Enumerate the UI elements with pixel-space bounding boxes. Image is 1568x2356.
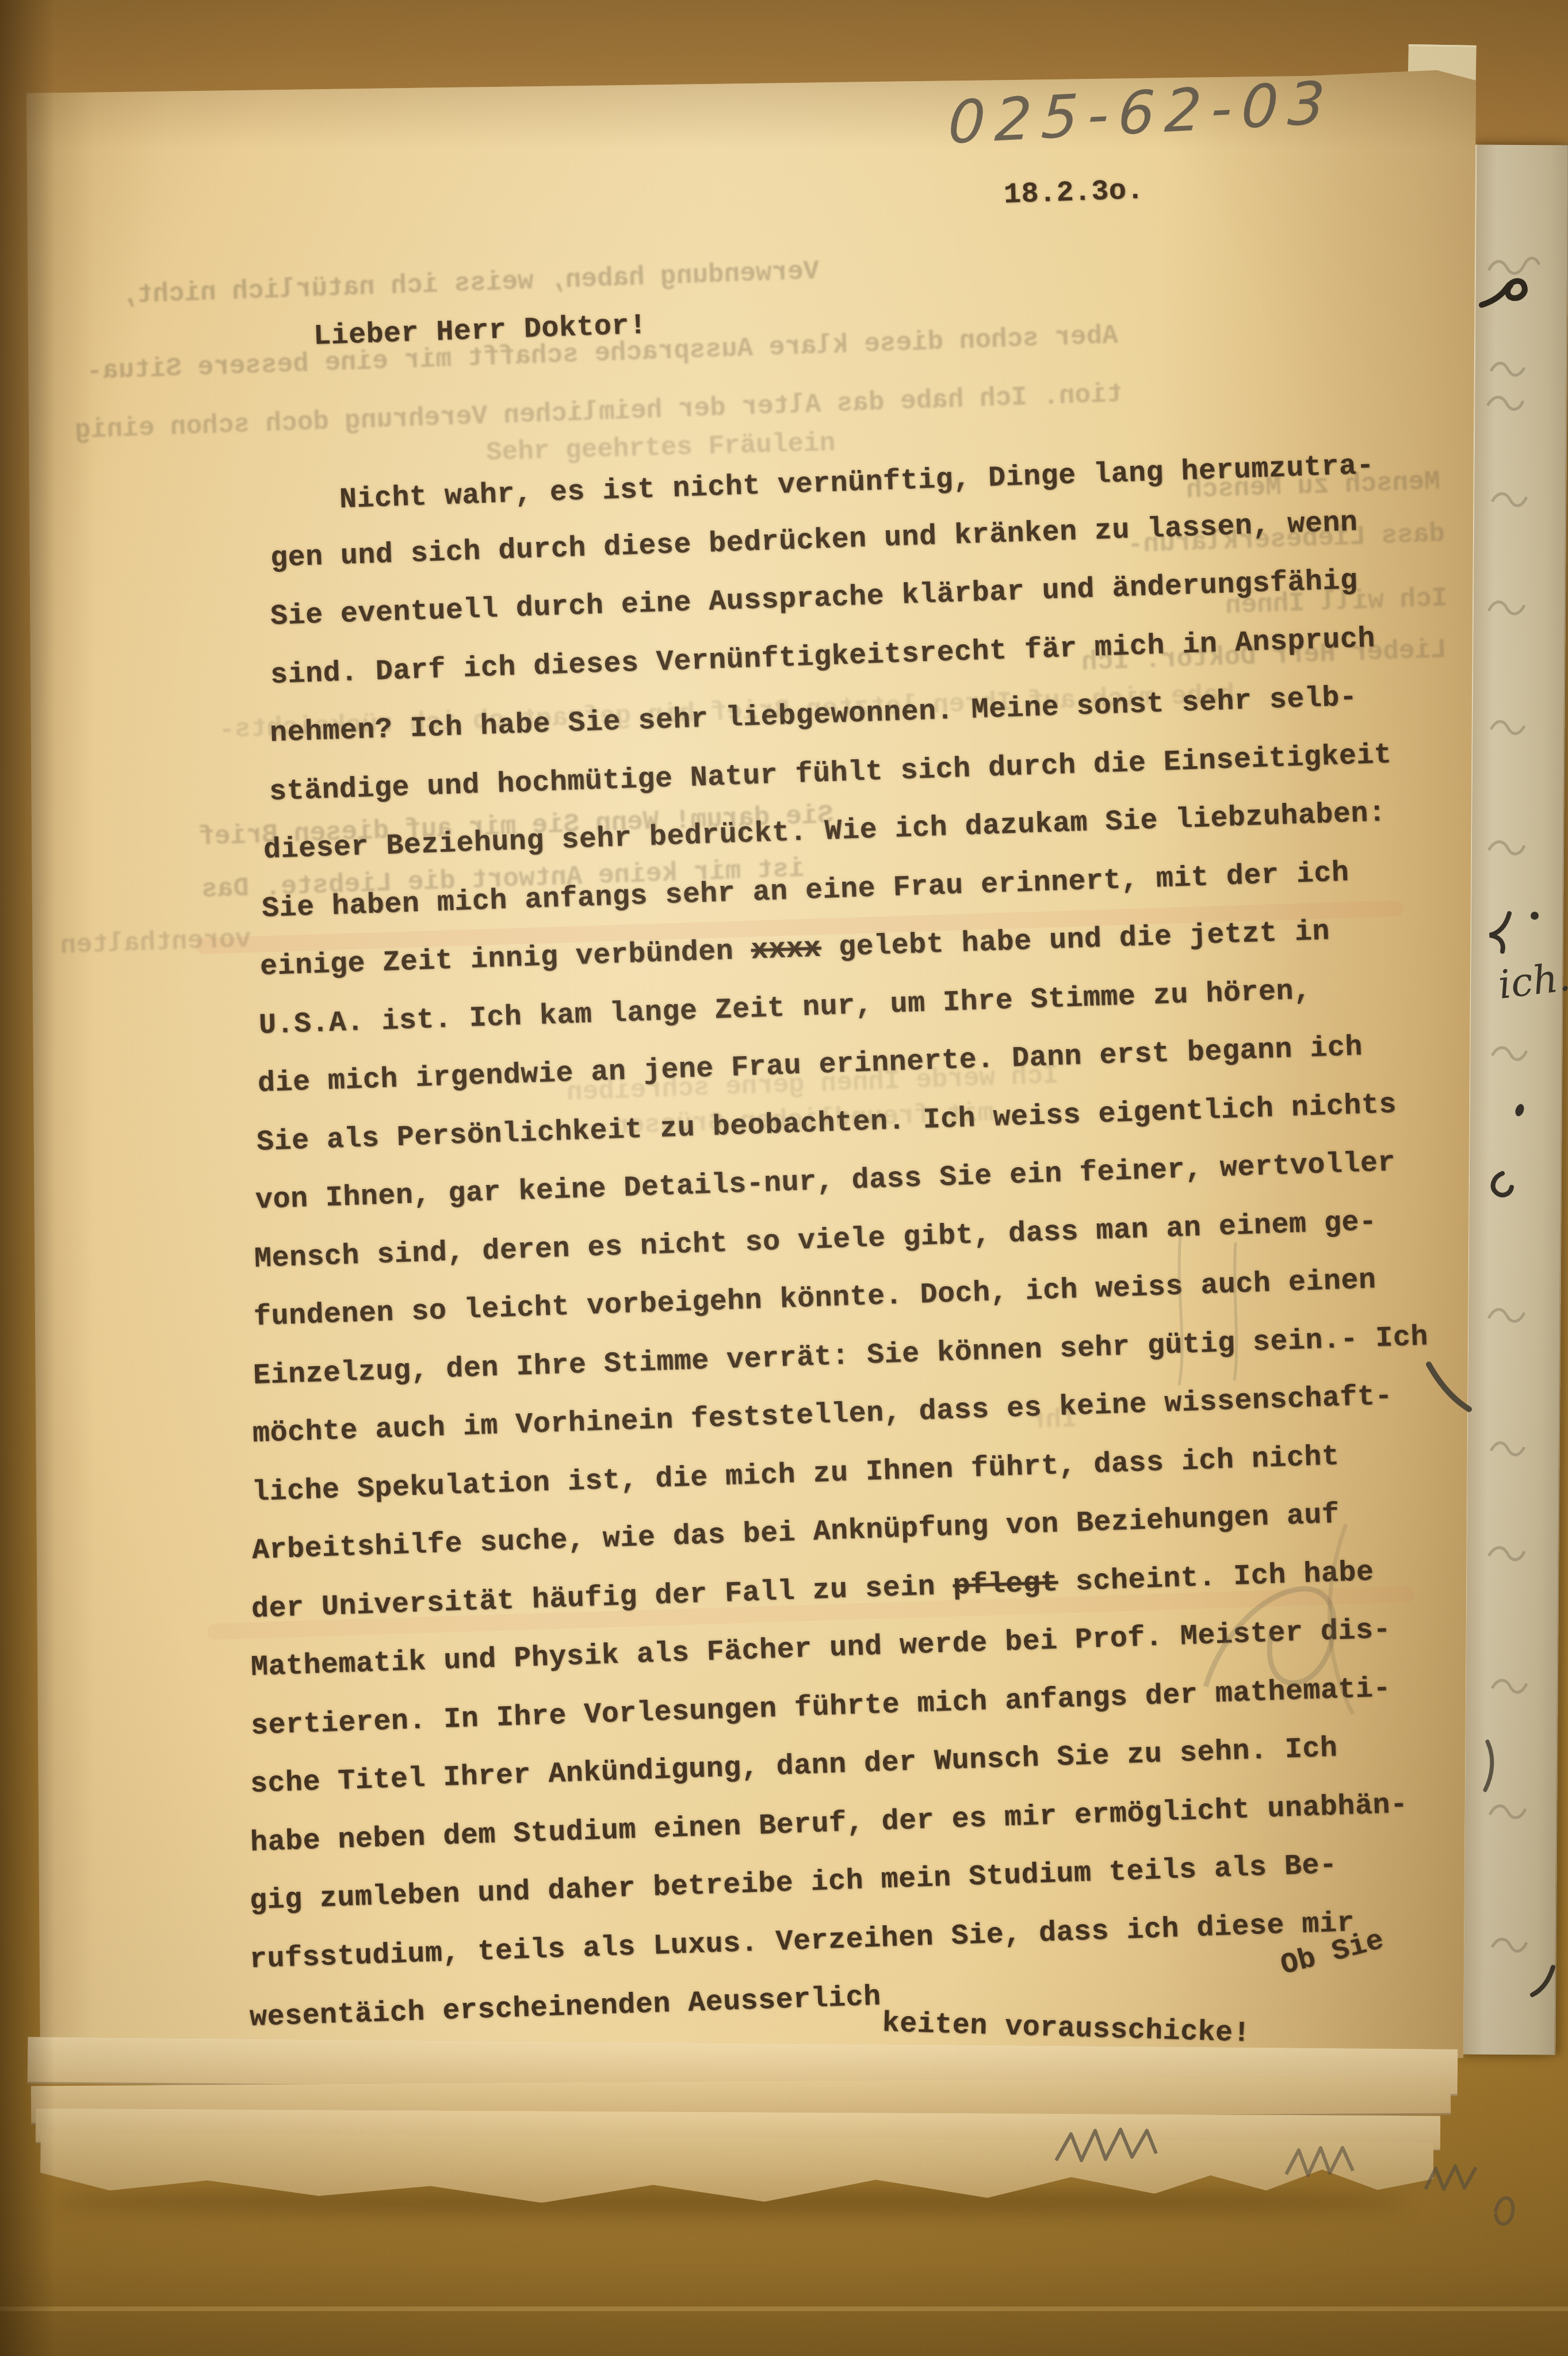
date-line: 18.2.3o.	[1003, 175, 1145, 211]
document-photo: 025-62-03 18.2.3o. Lieber Herr Doktor! V…	[0, 0, 1568, 2356]
bleedthrough-line: vorenthalten	[60, 926, 251, 959]
protruding-sheet-edge	[1461, 144, 1568, 2055]
table-edge-highlight	[0, 2307, 1568, 2311]
